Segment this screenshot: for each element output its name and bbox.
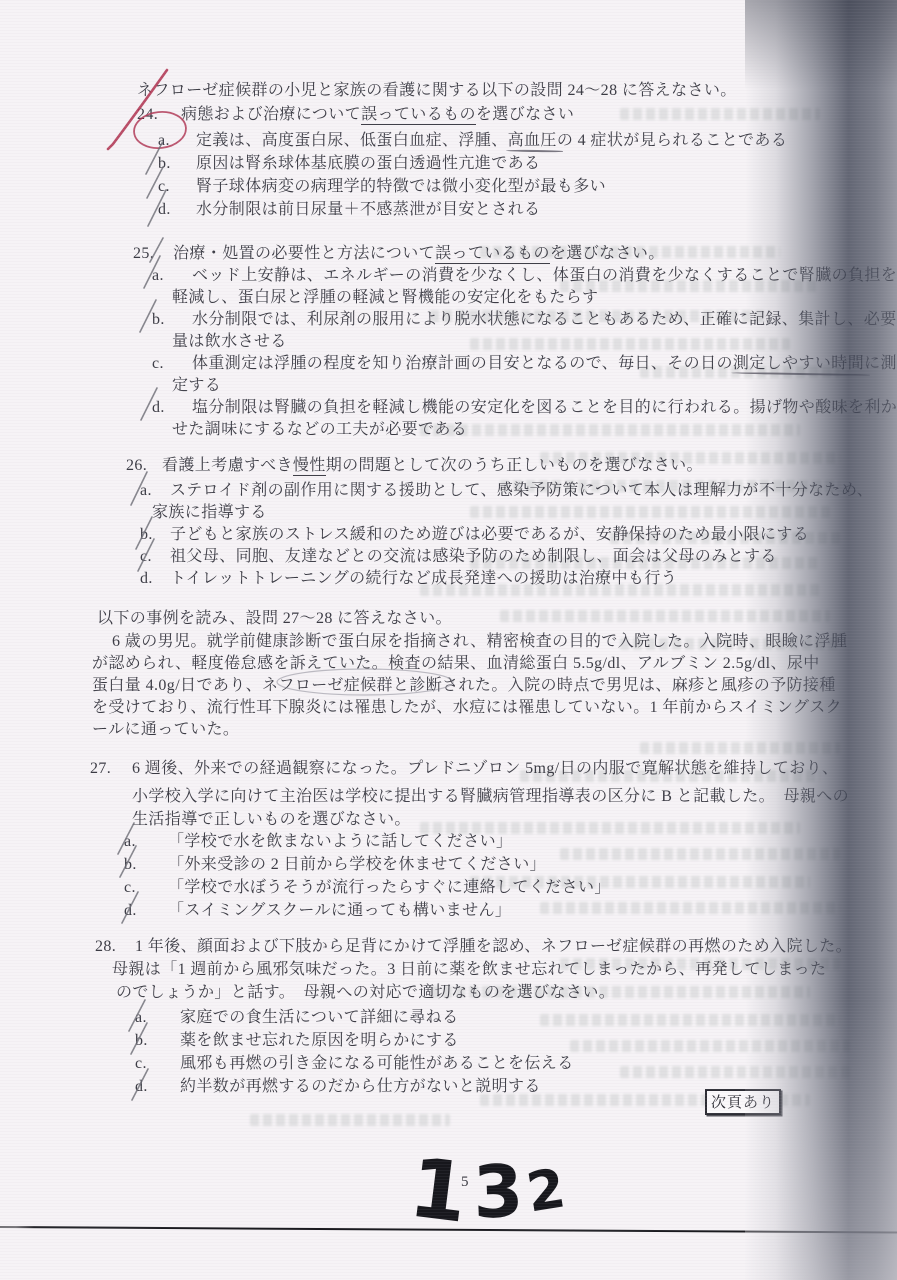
- q24-option-d: d.水分制限は前日尿量＋不感蒸泄が目安とされる: [158, 196, 540, 219]
- next-page-box: 次頁あり: [705, 1089, 781, 1115]
- question-26-title-post: 期の問題として次のうち正しいものを選びなさい。: [326, 457, 703, 474]
- q25-option-c-letter: c.: [152, 355, 192, 373]
- q27-option-b-text: 「外来受診の 2 日前から学校を休ませてください」: [168, 856, 546, 873]
- bleed-through-line: [570, 1040, 850, 1052]
- q28-option-c: c.風邪も再燃の引き金になる可能性があることを伝える: [135, 1050, 574, 1073]
- q24-option-b-letter: b.: [158, 155, 196, 173]
- q28-option-b-text: 薬を飲ませ忘れた原因を明らかにする: [180, 1032, 459, 1049]
- q25-option-b: b.水分制限では、利尿剤の服用により脱水状態になることもあるため、正確に記録、集…: [152, 306, 897, 329]
- q24-option-d-letter: d.: [158, 201, 196, 219]
- q24-option-c-letter: c.: [158, 178, 196, 196]
- q25-option-a-letter: a.: [152, 267, 192, 285]
- q27-option-c-letter: c.: [124, 879, 168, 897]
- question-24-title-pre: 病態および治療について: [181, 106, 361, 123]
- question-26-header: 26.看護上考慮すべき慢性期の問題として次のうち正しいものを選びなさい。: [126, 452, 703, 475]
- q26-option-b-text: 子どもと家族のストレス緩和のため遊びは必要であるが、安静保持のため最小限にする: [170, 526, 809, 543]
- question-25-title-post: を選びなさい。: [550, 245, 665, 262]
- q28-option-a-text: 家庭での食生活について詳細に尋ねる: [180, 1009, 458, 1026]
- q25-option-b-text: 水分制限では、利尿剤の服用により脱水状態になることもあるため、正確に記録、集計し…: [192, 311, 897, 328]
- question-27-header: 27.6 週後、外来での経過観察になった。プレドニゾロン 5mg/日の内服で寛解…: [90, 755, 838, 778]
- bleed-through-line: [470, 506, 830, 518]
- q26-option-d-letter: d.: [140, 570, 170, 588]
- q26-option-c-letter: c.: [140, 548, 170, 566]
- question-25-number: 25.: [133, 245, 173, 263]
- question-27-number: 27.: [90, 760, 132, 778]
- q26-option-b: b.子どもと家族のストレス緩和のため遊びは必要であるが、安静保持のため最小限にす…: [140, 521, 809, 544]
- scanned-exam-page: ネフローゼ症候群の小児と家族の看護に関する以下の設問 24〜28 に答えなさい。…: [0, 0, 897, 1280]
- question-26-title-underlined: 慢性: [293, 457, 326, 476]
- q26-option-a-cont: 家族に指導する: [152, 499, 267, 522]
- q24-option-c-text: 腎子球体病変の病理学的特徴では微小変化型が最も多い: [196, 178, 606, 195]
- question-28-line2: 母親は「1 週前から風邪気味だった。3 日前に薬を飲ませ忘れてしまったから、再発…: [112, 956, 826, 979]
- case-paragraph-line: 6 歳の男児。就学前健康診断で蛋白尿を指摘され、精密検査の目的で入院した。入院時…: [112, 628, 847, 651]
- q25-option-d-letter: d.: [152, 399, 192, 417]
- q28-option-c-text: 風邪も再燃の引き金になる可能性があることを伝える: [180, 1055, 574, 1072]
- q24-option-d-text: 水分制限は前日尿量＋不感蒸泄が目安とされる: [196, 201, 540, 218]
- bleed-through-line: [470, 338, 790, 350]
- question-28-line1: 1 年後、顔面および下肢から足背にかけて浮腫を認め、ネフローゼ症候群の再燃のため…: [135, 938, 852, 955]
- handwritten-digit: 3: [472, 1149, 525, 1235]
- q26-option-d: d.トイレットトレーニングの続行など成長発達への援助は治療中も行う: [140, 565, 677, 588]
- handwritten-digit: 1: [404, 1141, 472, 1242]
- case-paragraph-line: 蛋白量 4.0g/日であり、ネフローゼ症候群と診断された。入院の時点で男児は、麻…: [92, 672, 836, 695]
- bleed-through-line: [540, 902, 840, 914]
- question-24-title-post: を選びなさい: [476, 106, 574, 123]
- bleed-through-line: [620, 108, 820, 120]
- q25-option-b-letter: b.: [152, 311, 192, 329]
- case-paragraph-line: ールに通っていた。: [92, 716, 239, 739]
- q28-option-a: a.家庭での食生活について詳細に尋ねる: [135, 1004, 458, 1027]
- q26-option-c-text: 祖父母、同胞、友達などとの交流は感染予防のため制限し、面会は父母のみとする: [170, 548, 777, 565]
- q25-option-a-cont: 軽減し、蛋白尿と浮腫の軽減と腎機能の安定化をもたらす: [172, 284, 598, 307]
- q26-option-a: a.ステロイド剤の副作用に関する援助として、感染予防策について本人は理解力が不十…: [140, 477, 873, 500]
- q28-option-c-letter: c.: [135, 1055, 180, 1073]
- q24-option-a-text-pre: 定義は、高度蛋白尿、低蛋白血症、浮腫、: [196, 132, 508, 149]
- q27-option-a: a.「学校で水を飲まないように話してください」: [124, 828, 512, 851]
- q25-option-b-cont: 量は飲水させる: [172, 328, 287, 351]
- q26-option-d-text: トイレットトレーニングの続行など成長発達への援助は治療中も行う: [170, 570, 677, 587]
- q24-option-a-letter: a.: [158, 132, 196, 150]
- q28-option-b: b.薬を飲ませ忘れた原因を明らかにする: [135, 1027, 459, 1050]
- q27-option-a-letter: a.: [124, 833, 168, 851]
- q25-option-c-text-post: に測: [864, 355, 897, 372]
- q24-option-a: a.定義は、高度蛋白尿、低蛋白血症、浮腫、高血圧の 4 症状が見られることである: [158, 127, 787, 150]
- q27-option-c: c.「学校で水ぼうそうが流行ったらすぐに連絡してください」: [124, 874, 611, 897]
- case-paragraph-line: が認められ、軽度倦怠感を訴えていた。検査の結果、血清総蛋白 5.5g/dl、アル…: [92, 650, 820, 673]
- q26-option-a-text: ステロイド剤の副作用に関する援助として、感染予防策について本人は理解力が不十分な…: [170, 482, 873, 499]
- intro-text: ネフローゼ症候群の小児と家族の看護に関する以下の設問 24〜28 に答えなさい。: [137, 77, 737, 100]
- case-paragraph-line: を受けており、流行性耳下腺炎には罹患したが、水痘には罹患していない。1 年前から…: [92, 694, 842, 717]
- handwritten-digit: 2: [523, 1156, 570, 1224]
- q27-option-c-text: 「学校で水ぼうそうが流行ったらすぐに連絡してください」: [168, 879, 611, 896]
- q28-option-d-letter: d.: [135, 1078, 180, 1096]
- question-27-line2: 小学校入学に向けて主治医は学校に提出する腎臓病管理指導表の区分に B と記載した…: [132, 783, 849, 806]
- question-27-line1: 6 週後、外来での経過観察になった。プレドニゾロン 5mg/日の内服で寛解状態を…: [132, 760, 838, 777]
- question-24-title-underlined: 誤っているもの: [361, 106, 476, 125]
- q24-option-b: b.原因は腎糸球体基底膜の蛋白透過性亢進である: [158, 150, 540, 173]
- q27-option-b: b.「外来受診の 2 日前から学校を休ませてください」: [124, 851, 546, 874]
- q28-option-d-text: 約半数が再燃するのだから仕方がないと説明する: [180, 1078, 541, 1095]
- bleed-through-line: [500, 610, 830, 622]
- q24-option-a-underlined: 高血圧: [508, 132, 557, 149]
- q25-option-a-text: ベッド上安静は、エネルギーの消費を少なくし、体蛋白の消費を少なくすることで腎臓の…: [192, 267, 897, 284]
- q25-option-d: d.塩分制限は腎臓の負担を軽減し機能の安定化を図ることを目的に行われる。揚げ物や…: [152, 394, 897, 417]
- bleed-through-line: [540, 1014, 840, 1026]
- q24-option-a-text-post: の 4 症状が見られることである: [557, 132, 787, 149]
- q28-option-d: d.約半数が再燃するのだから仕方がないと説明する: [135, 1073, 541, 1096]
- bleed-through-line: [560, 848, 840, 860]
- question-25-header: 25.治療・処置の必要性と方法について誤っているものを選びなさい。: [133, 240, 665, 263]
- q26-option-c: c.祖父母、同胞、友達などとの交流は感染予防のため制限し、面会は父母のみとする: [140, 543, 777, 566]
- q25-option-d-text: 塩分制限は腎臓の負担を軽減し機能の安定化を図ることを目的に行われる。揚げ物や酸味…: [192, 399, 897, 416]
- bleed-through-line: [640, 742, 840, 754]
- q27-option-d-letter: d.: [124, 902, 168, 920]
- question-28-line3: のでしょうか」と話す。 母親への対応で適切なものを選びなさい。: [116, 979, 615, 1002]
- question-27-line3: 生活指導で正しいものを選びなさい。: [132, 806, 411, 829]
- bleed-through-line: [420, 424, 800, 436]
- q25-option-c-underlined: 測定しやすい時間: [733, 355, 864, 372]
- q27-option-d: d.「スイミングスクールに通っても構いません」: [124, 897, 511, 920]
- q24-option-c: c.腎子球体病変の病理学的特徴では微小変化型が最も多い: [158, 173, 606, 196]
- question-26-title-pre: 看護上考慮すべき: [162, 457, 293, 474]
- bleed-through-line: [620, 1066, 850, 1078]
- q27-option-d-text: 「スイミングスクールに通っても構いません」: [168, 902, 511, 919]
- question-25-title-pre: 治療・処置の必要性と方法について: [173, 245, 435, 262]
- q28-option-a-letter: a.: [135, 1009, 180, 1027]
- q26-option-b-letter: b.: [140, 526, 170, 544]
- q25-option-c: c.体重測定は浮腫の程度を知り治療計画の目安となるので、毎日、その日の測定しやす…: [152, 350, 897, 373]
- handwritten-number: 132: [408, 1139, 566, 1239]
- question-28-number: 28.: [95, 938, 135, 956]
- q25-option-d-cont: せた調味にするなどの工夫が必要である: [172, 416, 467, 439]
- q27-option-a-text: 「学校で水を飲まないように話してください」: [168, 833, 512, 850]
- q24-option-b-text: 原因は腎糸球体基底膜の蛋白透過性亢進である: [196, 155, 540, 172]
- q27-option-b-letter: b.: [124, 856, 168, 874]
- question-24-number: 24.: [137, 106, 181, 124]
- question-28-header: 28.1 年後、顔面および下肢から足背にかけて浮腫を認め、ネフローゼ症候群の再燃…: [95, 933, 852, 956]
- question-24-header: 24.病態および治療について誤っているものを選びなさい: [137, 101, 574, 124]
- q26-option-a-letter: a.: [140, 482, 170, 500]
- q25-option-c-text-pre: 体重測定は浮腫の程度を知り治療計画の目安となるので、毎日、その日の: [192, 355, 733, 372]
- q25-option-a: a.ベッド上安静は、エネルギーの消費を少なくし、体蛋白の消費を少なくすることで腎…: [152, 262, 897, 285]
- q28-option-b-letter: b.: [135, 1032, 180, 1050]
- q25-option-c-cont: 定する: [172, 372, 221, 395]
- question-26-number: 26.: [126, 457, 162, 475]
- case-lead: 以下の事例を読み、設問 27〜28 に答えなさい。: [97, 605, 452, 628]
- bleed-through-line: [250, 1114, 450, 1126]
